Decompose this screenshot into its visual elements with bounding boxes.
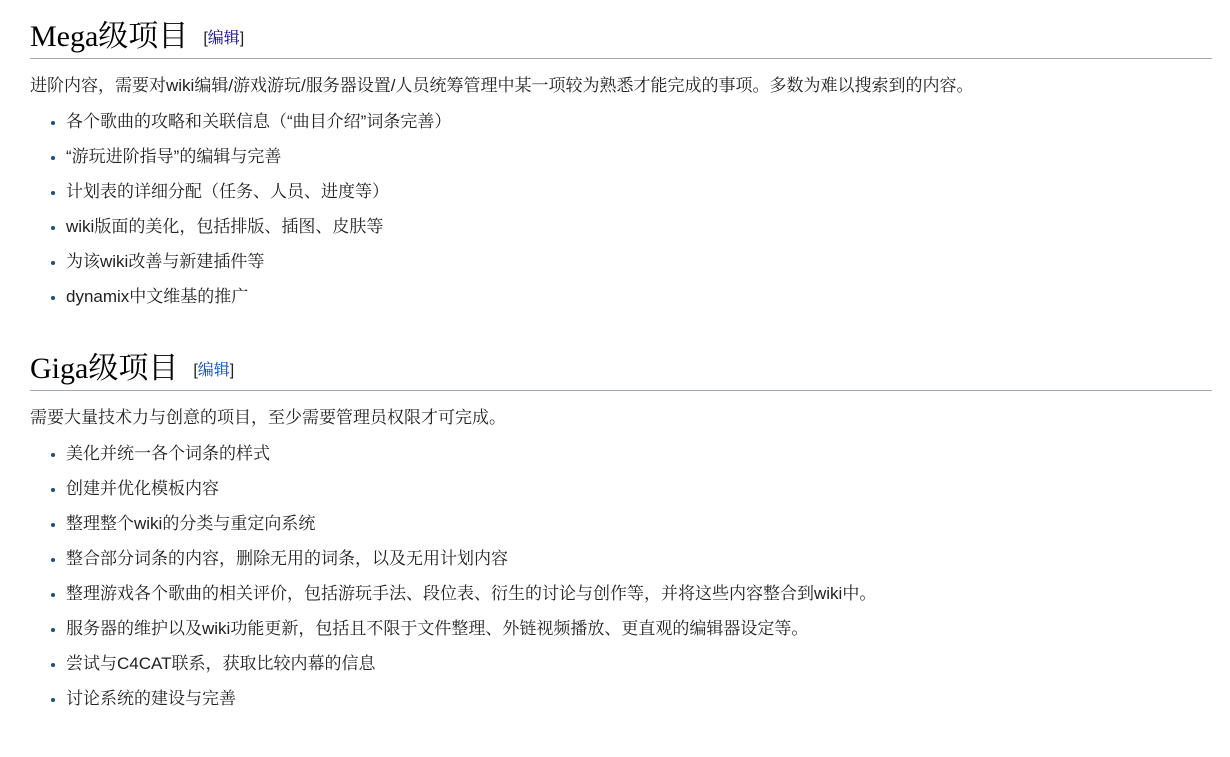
edit-section-link-giga[interactable]: 编辑 — [198, 362, 230, 379]
section-heading-giga: Giga级项目[编辑] — [30, 350, 1212, 391]
list-item: 整合部分词条的内容，删除无用的词条，以及无用计划内容 — [66, 545, 1212, 572]
list-item: wiki版面的美化，包括排版、插图、皮肤等 — [66, 213, 1212, 240]
list-item: 整理游戏各个歌曲的相关评价，包括游玩手法、段位表、衍生的讨论与创作等，并将这些内… — [66, 580, 1212, 607]
section-title-giga: Giga级项目 — [30, 352, 178, 385]
section-giga: Giga级项目[编辑] 需要大量技术力与创意的项目，至少需要管理员权限才可完成。… — [30, 350, 1212, 712]
list-item: dynamix中文维基的推广 — [66, 283, 1212, 310]
section-mega: Mega级项目[编辑] 进阶内容，需要对wiki编辑/游戏游玩/服务器设置/人员… — [30, 18, 1212, 310]
edit-bracket-close: ] — [230, 362, 234, 379]
list-item: 服务器的维护以及wiki功能更新，包括且不限于文件整理、外链视频播放、更直观的编… — [66, 615, 1212, 642]
edit-section-link-mega[interactable]: 编辑 — [208, 30, 240, 47]
section-intro-giga: 需要大量技术力与创意的项目，至少需要管理员权限才可完成。 — [30, 405, 1212, 430]
edit-section-giga: [编辑] — [193, 362, 234, 379]
section-title-mega: Mega级项目 — [30, 20, 188, 53]
section-list-mega: 各个歌曲的攻略和关联信息（“曲目介绍”词条完善） “游玩进阶指导”的编辑与完善 … — [66, 108, 1212, 310]
list-item: 创建并优化模板内容 — [66, 475, 1212, 502]
list-item: 为该wiki改善与新建插件等 — [66, 248, 1212, 275]
wiki-page: Mega级项目[编辑] 进阶内容，需要对wiki编辑/游戏游玩/服务器设置/人员… — [0, 0, 1230, 757]
list-item: 整理整个wiki的分类与重定向系统 — [66, 510, 1212, 537]
list-item: 讨论系统的建设与完善 — [66, 685, 1212, 712]
list-item: 各个歌曲的攻略和关联信息（“曲目介绍”词条完善） — [66, 108, 1212, 135]
section-heading-mega: Mega级项目[编辑] — [30, 18, 1212, 59]
section-list-giga: 美化并统一各个词条的样式 创建并优化模板内容 整理整个wiki的分类与重定向系统… — [66, 440, 1212, 712]
section-intro-mega: 进阶内容，需要对wiki编辑/游戏游玩/服务器设置/人员统筹管理中某一项较为熟悉… — [30, 73, 1212, 98]
list-item: 计划表的详细分配（任务、人员、进度等） — [66, 178, 1212, 205]
list-item: “游玩进阶指导”的编辑与完善 — [66, 143, 1212, 170]
list-item: 美化并统一各个词条的样式 — [66, 440, 1212, 467]
wiki-article-content: Mega级项目[编辑] 进阶内容，需要对wiki编辑/游戏游玩/服务器设置/人员… — [0, 0, 1230, 712]
edit-bracket-close: ] — [240, 30, 244, 47]
edit-section-mega: [编辑] — [203, 30, 244, 47]
list-item: 尝试与C4CAT联系，获取比较内幕的信息 — [66, 650, 1212, 677]
